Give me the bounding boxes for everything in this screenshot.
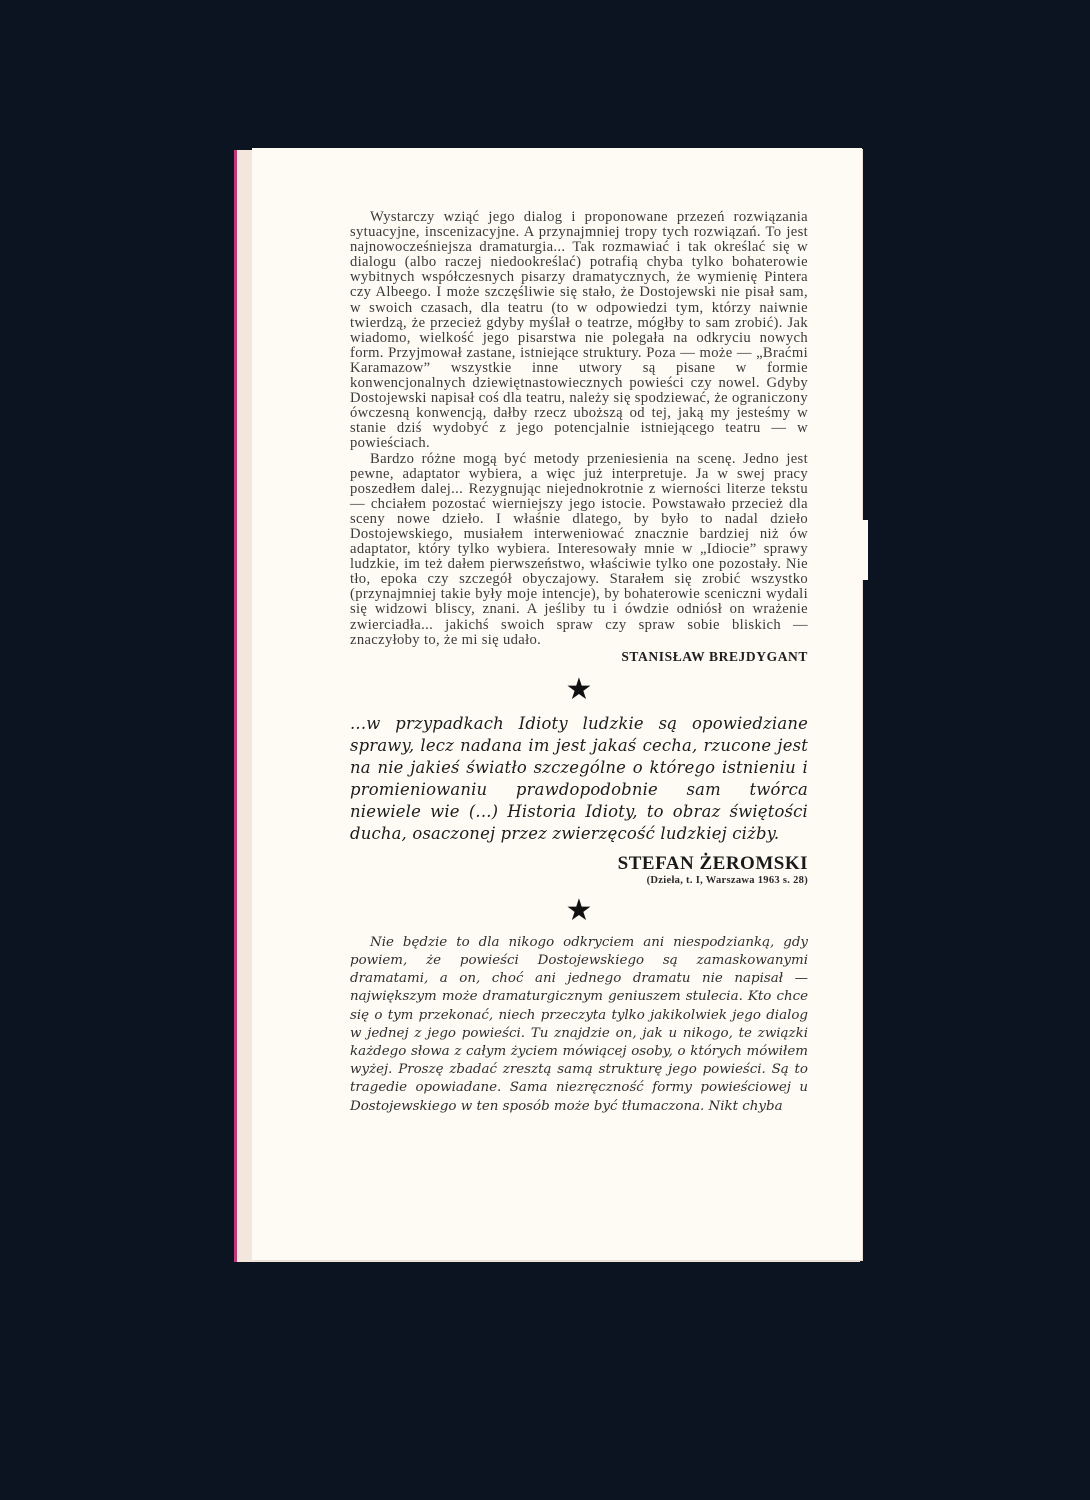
author-signature: STANISŁAW BREJDYGANT bbox=[350, 649, 808, 665]
paragraph: Bardzo różne mogą być metody przeniesien… bbox=[350, 452, 808, 648]
text-column: Wystarczy wziąć jego dialog i proponowan… bbox=[350, 210, 808, 1116]
star-icon: ★ bbox=[350, 896, 808, 926]
quote: ...w przypadkach Idioty ludzkie są opowi… bbox=[350, 713, 808, 845]
star-icon: ★ bbox=[350, 675, 808, 705]
paragraph: Wystarczy wziąć jego dialog i proponowan… bbox=[350, 210, 808, 452]
page-edge-tab bbox=[862, 520, 868, 580]
quote-source: (Dzieła, t. I, Warszawa 1963 s. 28) bbox=[350, 875, 808, 886]
document-page: Wystarczy wziąć jego dialog i proponowan… bbox=[252, 148, 862, 1260]
paragraph: Nie będzie to dla nikogo odkryciem ani n… bbox=[350, 934, 808, 1116]
quote-author: STEFAN ŻEROMSKI bbox=[350, 853, 808, 875]
